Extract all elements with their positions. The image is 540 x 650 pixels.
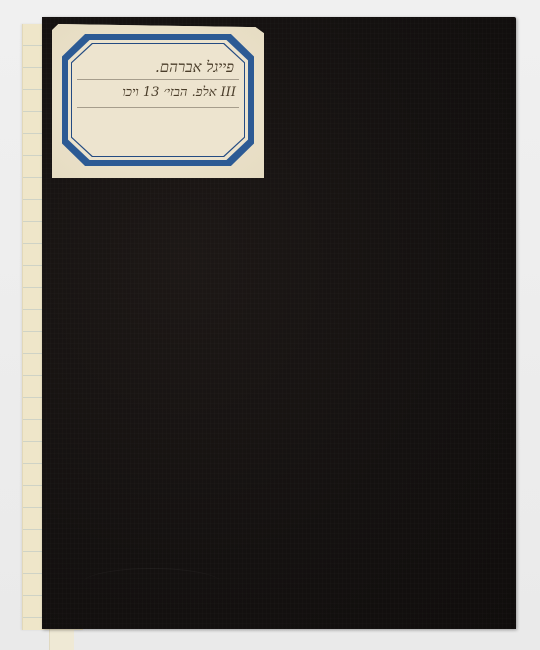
label-rule-1 (77, 79, 239, 80)
cover-label: פייגל אברהם. III אלפ. הבזי׳ 13 ויכו (52, 24, 264, 178)
label-rule-2 (77, 107, 239, 108)
photo-background: 2/V פייגל אברהם. III אלפ. הבזי׳ 13 ויכו (0, 0, 540, 650)
cover-crease (82, 568, 222, 599)
label-address-line: III אלפ. הבזי׳ 13 ויכו (122, 84, 236, 100)
label-name-line: פייגל אברהם. (155, 58, 234, 77)
